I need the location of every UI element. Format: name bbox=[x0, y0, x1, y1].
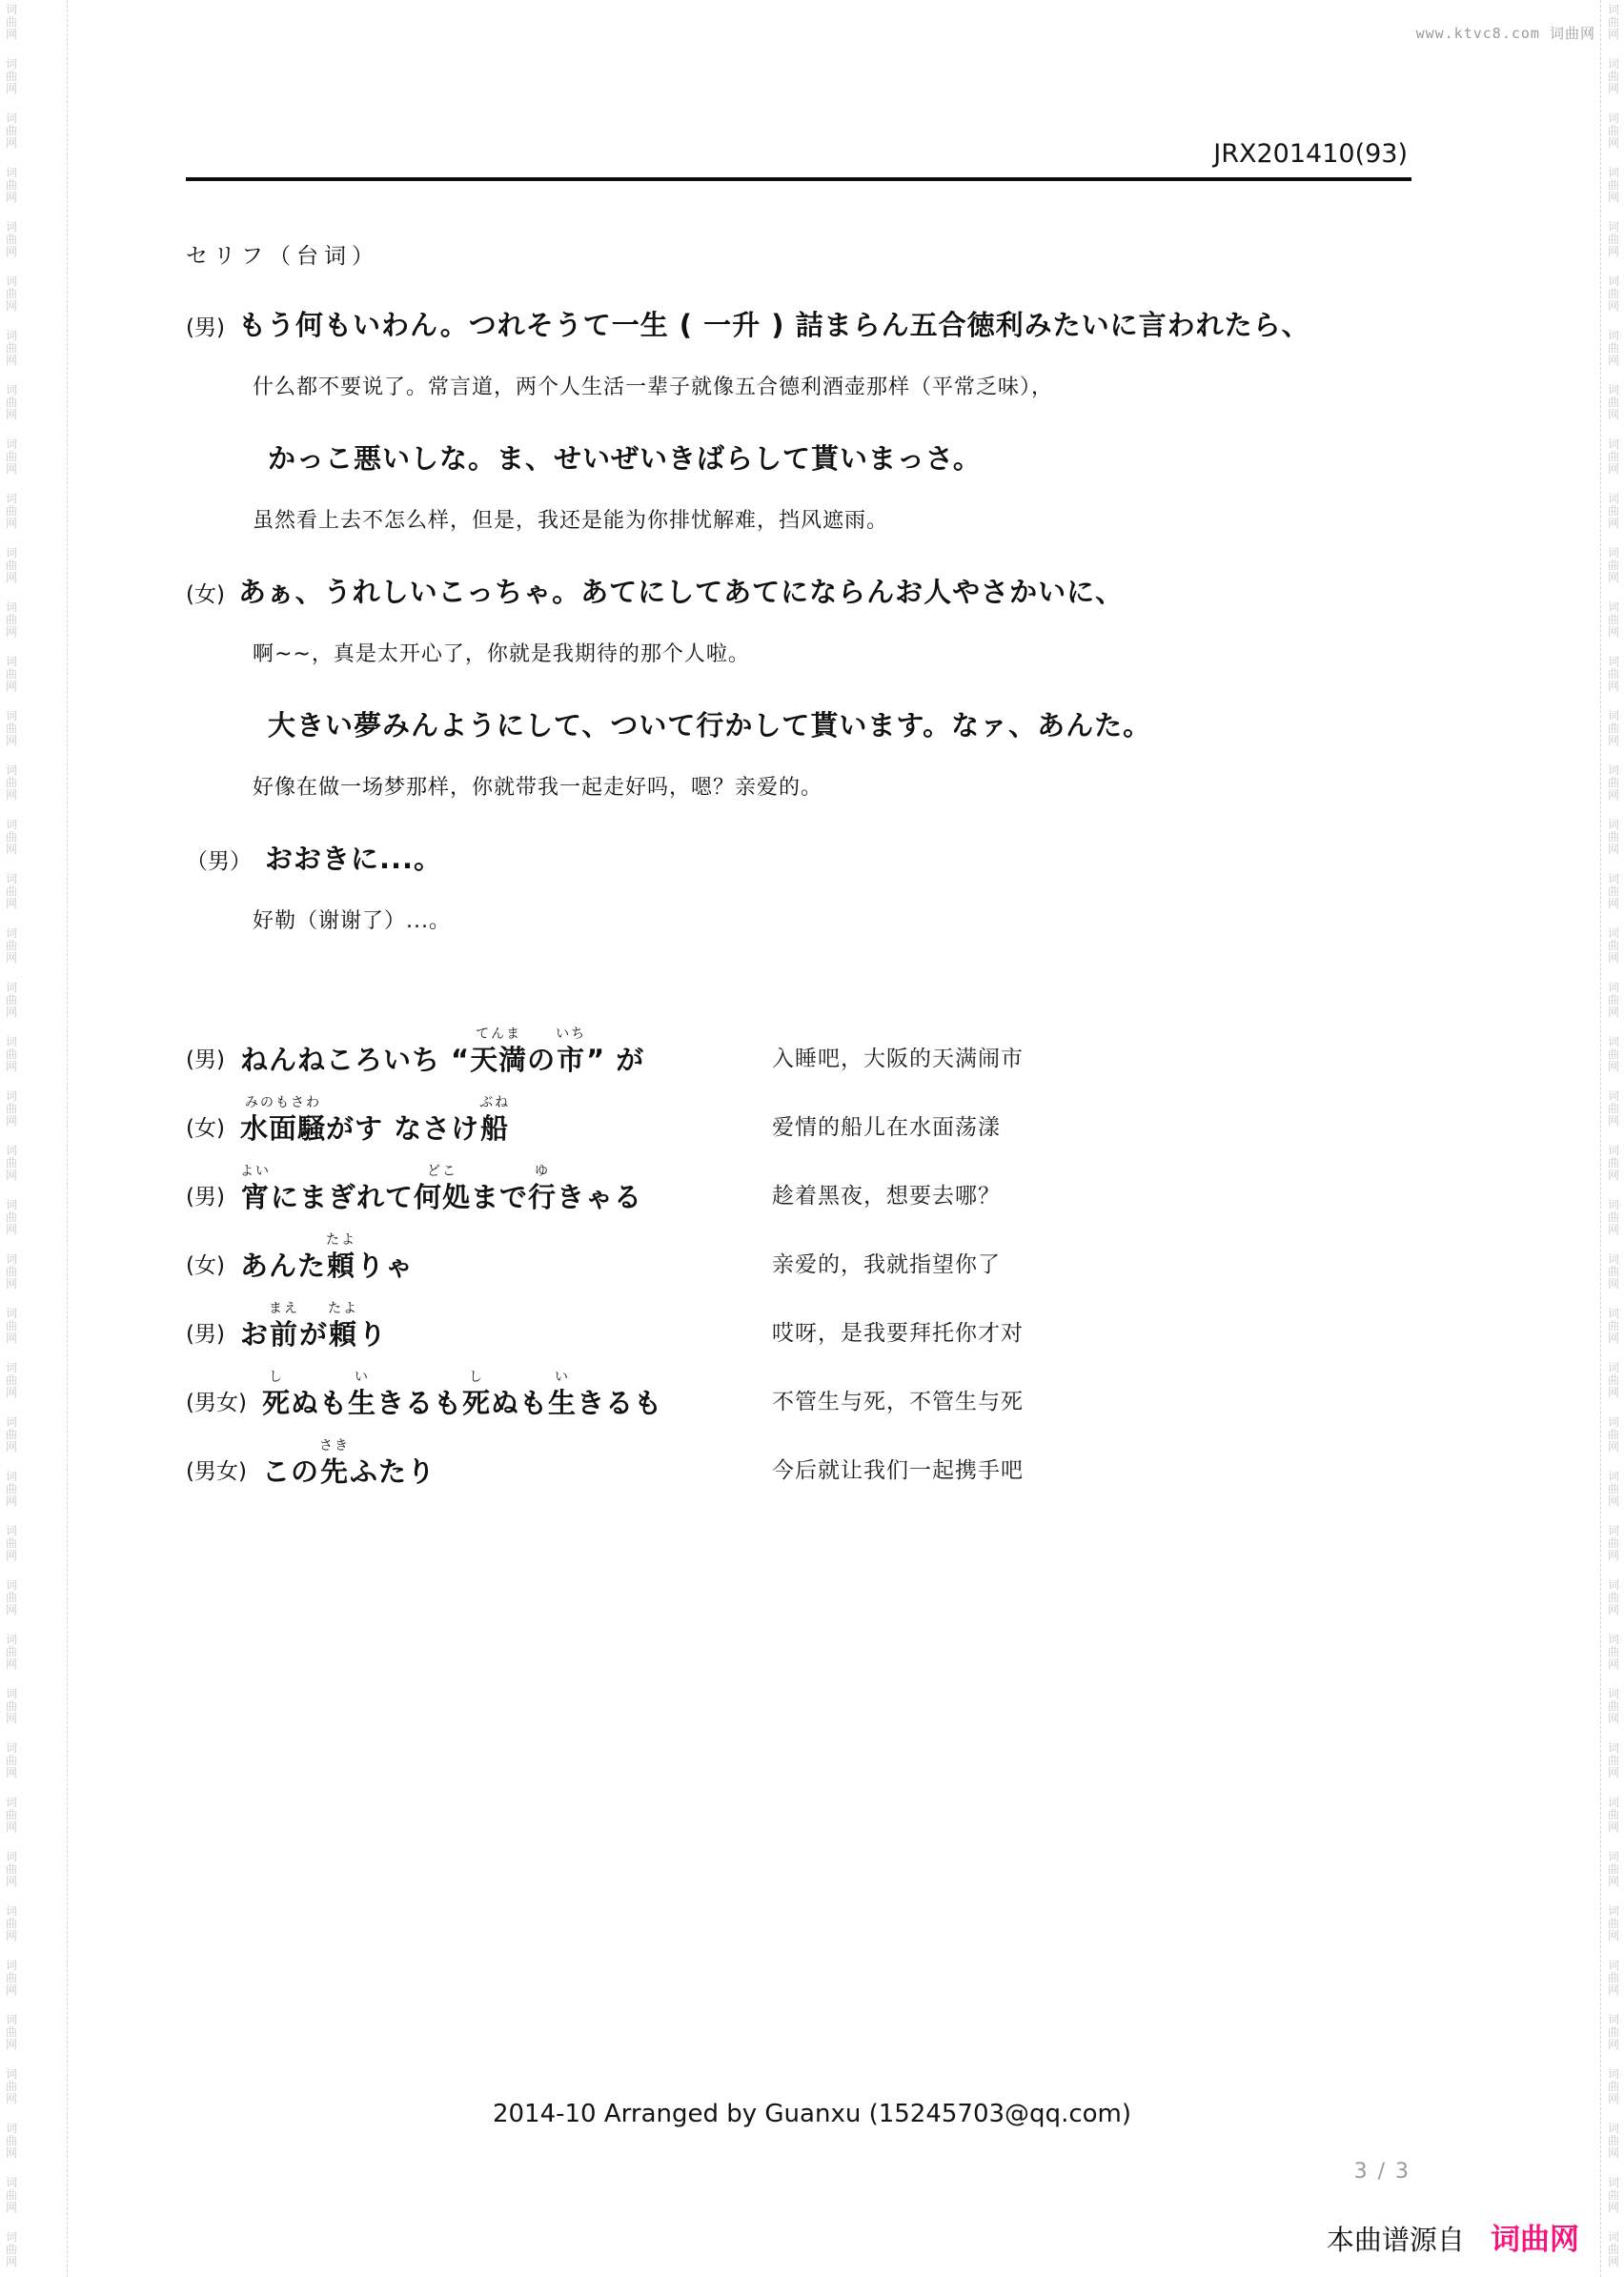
edge-watermark-group: 词曲网 bbox=[1606, 547, 1621, 584]
edge-watermark-char: 网 bbox=[1606, 1115, 1621, 1128]
edge-watermark-group: 词曲网 bbox=[1606, 2014, 1621, 2051]
lyric-base-text: ぬも bbox=[491, 1385, 548, 1421]
edge-watermark-char: 网 bbox=[4, 1332, 19, 1345]
edge-watermark-char: 网 bbox=[4, 1061, 19, 1073]
brand-name: 词曲网 bbox=[1491, 2223, 1579, 2257]
edge-watermark-char: 网 bbox=[1606, 898, 1621, 910]
dialogue-japanese-row: (男)もう何もいわん。つれそうて一生 ( 一升 ) 詰まらん五合徳利みたいに言わ… bbox=[186, 304, 1453, 371]
edge-watermark-char: 网 bbox=[1606, 1441, 1621, 1454]
edge-watermark-group: 词曲网 bbox=[4, 275, 19, 313]
score-page: 词曲网词曲网词曲网词曲网词曲网词曲网词曲网词曲网词曲网词曲网词曲网词曲网词曲网词… bbox=[0, 0, 1624, 2277]
dialogue-translation: 好像在做一场梦那样，你就带我一起走好吗，嗯？亲爱的。 bbox=[253, 776, 822, 800]
edge-watermark-char: 网 bbox=[4, 355, 19, 367]
source-note: 本曲谱源自 词曲网 bbox=[1327, 2215, 1579, 2258]
edge-watermark-char: 网 bbox=[4, 463, 19, 476]
edge-watermark-group: 词曲网 bbox=[4, 493, 19, 530]
edge-watermark-group: 词曲网 bbox=[1606, 1525, 1621, 1562]
lyric-japanese: (男)よい宵 にまぎれて どこ何処 までゆ行 きゃる bbox=[186, 1164, 642, 1215]
lyric-base-text: 市 bbox=[556, 1042, 586, 1078]
plain-segment: が bbox=[299, 1301, 328, 1352]
lyric-base-text: がす なさけ bbox=[326, 1110, 479, 1147]
plain-segment: お bbox=[240, 1301, 269, 1352]
lyric-japanese: (女) あんたたよ頼 りゃ bbox=[186, 1232, 414, 1284]
ruby-segment: い生 bbox=[348, 1370, 376, 1421]
lyric-base-text: ” が bbox=[586, 1042, 644, 1078]
edge-watermark-char: 网 bbox=[4, 1550, 19, 1562]
edge-watermark-group: 词曲网 bbox=[4, 2014, 19, 2051]
edge-watermark-group: 词曲网 bbox=[1606, 601, 1621, 639]
edge-watermark-char: 网 bbox=[4, 1006, 19, 1019]
lyric-base-text: あんた bbox=[240, 1248, 326, 1284]
plain-segment: きゃる bbox=[557, 1164, 642, 1215]
edge-watermark-group: 词曲网 bbox=[1606, 58, 1621, 95]
header-rule bbox=[186, 177, 1411, 181]
edge-watermark-char: 网 bbox=[4, 1930, 19, 1942]
furigana: たよ bbox=[326, 1232, 356, 1248]
edge-watermark-group: 词曲网 bbox=[1606, 1905, 1621, 1942]
edge-watermark-char: 网 bbox=[4, 1767, 19, 1779]
lyric-base-text: 頼 bbox=[328, 1316, 358, 1352]
plain-segment: きるも bbox=[376, 1370, 462, 1421]
edge-watermark-char: 网 bbox=[1606, 572, 1621, 584]
edge-watermark-group: 词曲网 bbox=[4, 1797, 19, 1834]
lyric-base-text: ぬも bbox=[291, 1385, 348, 1421]
dialogue-translation-row: 好勒（谢谢了）...。 bbox=[186, 905, 1453, 971]
dialogue-translation-row: 虽然看上去不怎么样，但是，我还是能为你排忧解难，挡风遮雨。 bbox=[186, 504, 1453, 571]
edge-watermark-group: 词曲网 bbox=[1606, 438, 1621, 476]
edge-watermark-group: 词曲网 bbox=[4, 547, 19, 584]
ruby-segment: し死 bbox=[462, 1370, 491, 1421]
edge-watermark-char: 网 bbox=[4, 137, 19, 150]
plain-segment: ぬも bbox=[291, 1370, 348, 1421]
lyric-row: (男女) このさき先 ふたり今后就让我们一起携手吧 bbox=[186, 1427, 1453, 1495]
furigana: まえ bbox=[269, 1301, 299, 1316]
edge-watermark-group: 词曲网 bbox=[4, 1199, 19, 1236]
ruby-segment: たよ頼 bbox=[328, 1301, 358, 1352]
edge-watermark-group: 词曲网 bbox=[4, 927, 19, 965]
lyric-japanese: (男女)し死 ぬもい生 きるも し死 ぬもい生 きるも bbox=[186, 1370, 662, 1421]
lyric-speaker-tag: (男) bbox=[186, 1316, 225, 1352]
edge-watermark-group: 词曲网 bbox=[4, 1036, 19, 1073]
furigana: いち bbox=[556, 1027, 586, 1042]
lyric-speaker-tag: (男女) bbox=[186, 1385, 247, 1421]
lyric-row: (男)よい宵 にまぎれて どこ何処 までゆ行 きゃる趁着黑夜，想要去哪？ bbox=[186, 1152, 1453, 1221]
furigana bbox=[291, 1370, 348, 1385]
edge-watermark-char: 网 bbox=[1606, 844, 1621, 856]
plain-segment: がす なさけ bbox=[326, 1095, 479, 1147]
ruby-segment: い生 bbox=[548, 1370, 577, 1421]
lyric-row: (女)みのもさわ水面騒 がす なさけぶね船爱情的船儿在水面荡漾 bbox=[186, 1084, 1453, 1152]
lyric-base-text: きゃる bbox=[557, 1179, 642, 1215]
edge-watermark-char: 网 bbox=[1606, 300, 1621, 313]
edge-watermark-char: 网 bbox=[1606, 409, 1621, 421]
dialogue-japanese-row: （男）おおきに...。 bbox=[186, 838, 1453, 905]
edge-watermark-group: 词曲网 bbox=[1606, 1688, 1621, 1725]
edge-watermark-group: 词曲网 bbox=[4, 384, 19, 421]
arranger-credit: 2014-10 Arranged by Guanxu (15245703@qq.… bbox=[0, 2100, 1624, 2128]
edge-watermark-char: 网 bbox=[1606, 789, 1621, 802]
edge-watermark-group: 词曲网 bbox=[4, 873, 19, 910]
dialogue-japanese: もう何もいわん。つれそうて一生 ( 一升 ) 詰まらん五合徳利みたいに言われたら… bbox=[238, 309, 1310, 341]
lyric-translation: 亲爱的，我就指望你了 bbox=[772, 1247, 1001, 1278]
edge-watermark-char: 网 bbox=[1606, 1495, 1621, 1508]
lyric-base-text: 先 bbox=[319, 1454, 350, 1490]
edge-watermark-char: 网 bbox=[1606, 1604, 1621, 1616]
plain-segment: あんた bbox=[240, 1232, 326, 1284]
dialogue-japanese: あぁ、うれしいこっちゃ。あてにしてあてにならんお人やさかいに、 bbox=[238, 576, 1124, 608]
lyric-base-text: ふたり bbox=[350, 1454, 436, 1490]
lyric-row: (男) ねんねころいち “てんま天満 のいち市 ” が入睡吧，大阪的天满闹市 bbox=[186, 1015, 1453, 1084]
edge-watermark-char: 网 bbox=[1606, 29, 1621, 41]
edge-watermark-char: 网 bbox=[4, 1984, 19, 1997]
edge-watermark-group: 词曲网 bbox=[4, 1145, 19, 1182]
edge-watermark-group: 词曲网 bbox=[4, 1579, 19, 1616]
lyric-japanese: (女)みのもさわ水面騒 がす なさけぶね船 bbox=[186, 1095, 510, 1147]
edge-watermark-group: 词曲网 bbox=[1606, 167, 1621, 204]
ruby-segment: さき先 bbox=[319, 1438, 350, 1490]
edge-watermark-group: 词曲网 bbox=[1606, 221, 1621, 258]
edge-watermark-group: 词曲网 bbox=[4, 1634, 19, 1671]
edge-watermark-char: 网 bbox=[4, 1713, 19, 1725]
edge-watermark-group: 词曲网 bbox=[4, 1253, 19, 1291]
edge-watermark-char: 网 bbox=[4, 1658, 19, 1671]
lyric-base-text: にまぎれて bbox=[271, 1179, 414, 1215]
speaker-tag: （男） bbox=[186, 849, 252, 874]
edge-watermark-group: 词曲网 bbox=[1606, 1851, 1621, 1888]
edge-watermark-char: 网 bbox=[4, 1495, 19, 1508]
furigana bbox=[527, 1027, 556, 1042]
lyric-base-text: お bbox=[240, 1316, 269, 1352]
plain-segment: ふたり bbox=[350, 1438, 436, 1490]
lyric-base-text: 前 bbox=[269, 1316, 299, 1352]
furigana: い bbox=[548, 1370, 577, 1385]
dialogue-japanese-row: かっこ悪いしな。ま、せいぜいきばらして貰いまっさ。 bbox=[186, 437, 1453, 504]
lyric-speaker-tag: (男) bbox=[186, 1179, 225, 1215]
edge-watermark-group: 词曲网 bbox=[1606, 819, 1621, 856]
edge-watermark-group: 词曲网 bbox=[1606, 1145, 1621, 1182]
edge-watermark-group: 词曲网 bbox=[1606, 2231, 1621, 2268]
furigana bbox=[240, 1232, 326, 1248]
lyric-base-text: きるも bbox=[376, 1385, 462, 1421]
document-code: JRX201410(93) bbox=[1213, 139, 1408, 169]
edge-watermark-group: 词曲网 bbox=[4, 982, 19, 1019]
speaker-tag: (女) bbox=[186, 582, 225, 607]
dialogue-japanese-row: (女)あぁ、うれしいこっちゃ。あてにしてあてにならんお人やさかいに、 bbox=[186, 571, 1453, 638]
edge-watermark-char: 网 bbox=[4, 2256, 19, 2268]
furigana bbox=[471, 1164, 528, 1179]
lyric-translation: 不管生与死，不管生与死 bbox=[772, 1384, 1024, 1415]
furigana: よい bbox=[240, 1164, 271, 1179]
edge-watermark-group: 词曲网 bbox=[1606, 1471, 1621, 1508]
furigana bbox=[577, 1370, 662, 1385]
plain-segment: りゃ bbox=[356, 1232, 414, 1284]
lyric-base-text: 生 bbox=[548, 1385, 577, 1421]
furigana: たよ bbox=[328, 1301, 358, 1316]
edge-watermark-char: 网 bbox=[1606, 952, 1621, 965]
edge-watermark-group: 词曲网 bbox=[1606, 330, 1621, 367]
lyric-base-text: まで bbox=[471, 1179, 528, 1215]
lyric-japanese: (男) おまえ前 がたよ頼 り bbox=[186, 1301, 387, 1352]
lyric-base-text: 行 bbox=[528, 1179, 557, 1215]
dialogue-translation-row: 啊~~，真是太开心了，你就是我期待的那个人啦。 bbox=[186, 638, 1453, 704]
speaker-tag: (男) bbox=[186, 315, 225, 340]
dialogue-section: (男)もう何もいわん。つれそうて一生 ( 一升 ) 詰まらん五合徳利みたいに言わ… bbox=[186, 304, 1453, 971]
edge-watermark-group: 词曲网 bbox=[4, 1416, 19, 1454]
furigana bbox=[557, 1164, 642, 1179]
lyric-row: (男) おまえ前 がたよ頼 り哎呀，是我要拜托你才对 bbox=[186, 1290, 1453, 1358]
lyric-speaker-tag: (男) bbox=[186, 1042, 225, 1078]
edge-watermark-char: 网 bbox=[4, 1604, 19, 1616]
edge-watermark-char: 网 bbox=[4, 844, 19, 856]
lyric-speaker-tag: (男女) bbox=[186, 1454, 247, 1490]
edge-watermark-group: 词曲网 bbox=[1606, 1634, 1621, 1671]
furigana bbox=[240, 1301, 269, 1316]
source-prefix: 本曲谱源自 bbox=[1327, 2224, 1465, 2256]
edge-watermark-group: 词曲网 bbox=[1606, 1090, 1621, 1128]
edge-watermark-group: 词曲网 bbox=[1606, 4, 1621, 41]
edge-watermark-char: 网 bbox=[1606, 518, 1621, 530]
edge-watermark-group: 词曲网 bbox=[4, 58, 19, 95]
edge-watermark-char: 网 bbox=[4, 1821, 19, 1834]
dialogue-translation: 什么都不要说了。常言道，两个人生活一辈子就像五合德利酒壶那样（平常乏味）， bbox=[253, 376, 1053, 399]
edge-watermark-group: 词曲网 bbox=[4, 710, 19, 747]
edge-watermark-char: 网 bbox=[1606, 1387, 1621, 1399]
lyric-base-text: りゃ bbox=[356, 1248, 414, 1284]
furigana: どこ bbox=[414, 1164, 471, 1179]
edge-watermark-char: 网 bbox=[4, 898, 19, 910]
dialogue-translation-row: 好像在做一场梦那样，你就带我一起走好吗，嗯？亲爱的。 bbox=[186, 771, 1453, 838]
edge-watermark-char: 网 bbox=[1606, 355, 1621, 367]
edge-watermark-group: 词曲网 bbox=[1606, 275, 1621, 313]
furigana: さき bbox=[319, 1438, 350, 1454]
lyric-japanese: (男女) このさき先 ふたり bbox=[186, 1438, 436, 1490]
lyric-base-text: 宵 bbox=[240, 1179, 271, 1215]
page-number: 3 / 3 bbox=[1354, 2160, 1411, 2184]
edge-watermark-group: 词曲网 bbox=[4, 112, 19, 150]
left-edge-watermark: 词曲网词曲网词曲网词曲网词曲网词曲网词曲网词曲网词曲网词曲网词曲网词曲网词曲网词… bbox=[4, 4, 19, 2277]
dialogue-japanese: 大きい夢みんようにして、ついて行かして貰います。なァ、あんた。 bbox=[268, 709, 1151, 742]
edge-watermark-char: 网 bbox=[4, 1876, 19, 1888]
edge-watermark-group: 词曲网 bbox=[1606, 1960, 1621, 1997]
furigana: い bbox=[348, 1370, 376, 1385]
lyric-base-text: 頼 bbox=[326, 1248, 356, 1284]
plain-segment: この bbox=[262, 1438, 319, 1490]
edge-watermark-group: 词曲网 bbox=[1606, 764, 1621, 802]
edge-watermark-group: 词曲网 bbox=[4, 1905, 19, 1942]
dialogue-translation-row: 什么都不要说了。常言道，两个人生活一辈子就像五合德利酒壶那样（平常乏味）， bbox=[186, 371, 1453, 437]
lyric-base-text: 船 bbox=[479, 1110, 510, 1147]
lyric-base-text: り bbox=[358, 1316, 387, 1352]
edge-watermark-char: 网 bbox=[4, 246, 19, 258]
edge-watermark-char: 网 bbox=[4, 2147, 19, 2160]
edge-watermark-group: 词曲网 bbox=[4, 764, 19, 802]
edge-watermark-char: 网 bbox=[1606, 681, 1621, 693]
plain-segment: の bbox=[527, 1027, 556, 1078]
edge-watermark-group: 词曲网 bbox=[1606, 1416, 1621, 1454]
edge-watermark-char: 网 bbox=[1606, 246, 1621, 258]
edge-watermark-group: 词曲网 bbox=[1606, 1036, 1621, 1073]
lyric-japanese: (男) ねんねころいち “てんま天満 のいち市 ” が bbox=[186, 1027, 644, 1078]
furigana: ぶね bbox=[479, 1095, 510, 1110]
lyric-base-text: 死 bbox=[262, 1385, 291, 1421]
edge-watermark-char: 网 bbox=[1606, 1278, 1621, 1291]
plain-segment: きるも bbox=[577, 1370, 662, 1421]
lyric-base-text: の bbox=[527, 1042, 556, 1078]
edge-watermark-char: 网 bbox=[4, 681, 19, 693]
edge-watermark-group: 词曲网 bbox=[4, 2177, 19, 2214]
edge-watermark-char: 网 bbox=[4, 735, 19, 747]
dialogue-japanese: かっこ悪いしな。ま、せいぜいきばらして貰いまっさ。 bbox=[268, 442, 982, 475]
lyric-translation: 今后就让我们一起携手吧 bbox=[772, 1453, 1024, 1484]
lyric-translation: 爱情的船儿在水面荡漾 bbox=[772, 1109, 1001, 1141]
edge-watermark-char: 网 bbox=[1606, 2202, 1621, 2214]
edge-watermark-group: 词曲网 bbox=[4, 330, 19, 367]
plain-segment: ” が bbox=[586, 1027, 644, 1078]
edge-watermark-char: 网 bbox=[1606, 192, 1621, 204]
edge-watermark-group: 词曲网 bbox=[1606, 873, 1621, 910]
plain-segment: ぬも bbox=[491, 1370, 548, 1421]
ruby-segment: みのもさわ水面騒 bbox=[240, 1095, 326, 1147]
edge-watermark-group: 词曲网 bbox=[1606, 2177, 1621, 2214]
edge-watermark-char: 网 bbox=[1606, 1930, 1621, 1942]
edge-watermark-char: 网 bbox=[1606, 1332, 1621, 1345]
edge-watermark-group: 词曲网 bbox=[4, 167, 19, 204]
dialogue-translation: 啊~~，真是太开心了，你就是我期待的那个人啦。 bbox=[253, 642, 750, 666]
edge-watermark-group: 词曲网 bbox=[4, 656, 19, 693]
edge-watermark-group: 词曲网 bbox=[1606, 112, 1621, 150]
edge-watermark-char: 网 bbox=[1606, 1550, 1621, 1562]
lyric-base-text: ねんねころいち “ bbox=[240, 1042, 470, 1078]
edge-watermark-char: 网 bbox=[1606, 1224, 1621, 1236]
edge-watermark-char: 网 bbox=[4, 192, 19, 204]
edge-watermark-group: 词曲网 bbox=[4, 1308, 19, 1345]
furigana: てんま bbox=[470, 1027, 527, 1042]
edge-watermark-group: 词曲网 bbox=[1606, 1579, 1621, 1616]
edge-watermark-group: 词曲网 bbox=[1606, 1253, 1621, 1291]
edge-watermark-char: 网 bbox=[1606, 1984, 1621, 1997]
furigana bbox=[262, 1438, 319, 1454]
edge-watermark-char: 网 bbox=[4, 1387, 19, 1399]
left-edge-divider bbox=[67, 0, 68, 2277]
edge-watermark-char: 网 bbox=[4, 1169, 19, 1182]
dialogue-translation: 好勒（谢谢了）...。 bbox=[253, 909, 451, 933]
furigana: し bbox=[462, 1370, 491, 1385]
edge-watermark-group: 词曲网 bbox=[1606, 710, 1621, 747]
ruby-segment: てんま天満 bbox=[470, 1027, 527, 1078]
edge-watermark-char: 网 bbox=[4, 83, 19, 95]
edge-watermark-group: 词曲网 bbox=[4, 438, 19, 476]
edge-watermark-char: 网 bbox=[4, 518, 19, 530]
ruby-segment: よい宵 bbox=[240, 1164, 271, 1215]
lyric-base-text: 死 bbox=[462, 1385, 491, 1421]
lyric-row: (男女)し死 ぬもい生 きるも し死 ぬもい生 きるも不管生与死，不管生与死 bbox=[186, 1358, 1453, 1427]
edge-watermark-char: 网 bbox=[1606, 2147, 1621, 2160]
furigana bbox=[356, 1232, 414, 1248]
edge-watermark-char: 网 bbox=[1606, 463, 1621, 476]
edge-watermark-group: 词曲网 bbox=[4, 221, 19, 258]
edge-watermark-char: 网 bbox=[1606, 1713, 1621, 1725]
furigana bbox=[376, 1370, 462, 1385]
edge-watermark-char: 网 bbox=[1606, 2256, 1621, 2268]
edge-watermark-group: 词曲网 bbox=[4, 1525, 19, 1562]
edge-watermark-char: 网 bbox=[4, 789, 19, 802]
lyric-base-text: 何処 bbox=[414, 1179, 471, 1215]
edge-watermark-group: 词曲网 bbox=[4, 1960, 19, 1997]
lyrics-section: (男) ねんねころいち “てんま天満 のいち市 ” が入睡吧，大阪的天满闹市(女… bbox=[186, 1015, 1453, 1495]
edge-watermark-group: 词曲网 bbox=[4, 1688, 19, 1725]
edge-watermark-char: 网 bbox=[1606, 1821, 1621, 1834]
ruby-segment: たよ頼 bbox=[326, 1232, 356, 1284]
edge-watermark-char: 网 bbox=[4, 300, 19, 313]
edge-watermark-group: 词曲网 bbox=[4, 1090, 19, 1128]
ruby-segment: まえ前 bbox=[269, 1301, 299, 1352]
edge-watermark-group: 词曲网 bbox=[4, 2231, 19, 2268]
edge-watermark-group: 词曲网 bbox=[4, 4, 19, 41]
furigana bbox=[491, 1370, 548, 1385]
plain-segment: ねんねころいち “ bbox=[240, 1027, 470, 1078]
edge-watermark-group: 词曲网 bbox=[1606, 1797, 1621, 1834]
plain-segment: にまぎれて bbox=[271, 1164, 414, 1215]
edge-watermark-char: 网 bbox=[4, 2039, 19, 2051]
edge-watermark-group: 词曲网 bbox=[4, 1362, 19, 1399]
furigana bbox=[240, 1027, 470, 1042]
furigana bbox=[358, 1301, 387, 1316]
lyric-base-text: 水面騒 bbox=[240, 1110, 326, 1147]
edge-watermark-char: 网 bbox=[4, 1441, 19, 1454]
ruby-segment: ぶね船 bbox=[479, 1095, 510, 1147]
edge-watermark-char: 网 bbox=[4, 1115, 19, 1128]
lyric-base-text: 天満 bbox=[470, 1042, 527, 1078]
furigana: みのもさわ bbox=[240, 1095, 326, 1110]
edge-watermark-char: 网 bbox=[4, 1278, 19, 1291]
lyric-translation: 入睡吧，大阪的天满闹市 bbox=[772, 1041, 1024, 1072]
edge-watermark-group: 词曲网 bbox=[1606, 927, 1621, 965]
edge-watermark-char: 网 bbox=[4, 29, 19, 41]
lyric-base-text: この bbox=[262, 1454, 319, 1490]
edge-watermark-char: 网 bbox=[1606, 1876, 1621, 1888]
edge-watermark-char: 网 bbox=[4, 626, 19, 639]
edge-watermark-group: 词曲网 bbox=[1606, 1362, 1621, 1399]
edge-watermark-char: 网 bbox=[1606, 735, 1621, 747]
edge-watermark-group: 词曲网 bbox=[1606, 1199, 1621, 1236]
edge-watermark-char: 网 bbox=[4, 572, 19, 584]
furigana bbox=[299, 1301, 328, 1316]
furigana: し bbox=[262, 1370, 291, 1385]
ruby-segment: ゆ行 bbox=[528, 1164, 557, 1215]
edge-watermark-char: 网 bbox=[1606, 1767, 1621, 1779]
furigana bbox=[326, 1095, 479, 1110]
plain-segment: り bbox=[358, 1301, 387, 1352]
edge-watermark-char: 网 bbox=[4, 409, 19, 421]
site-watermark: www.ktvc8.com 词曲网 bbox=[1416, 23, 1595, 43]
right-edge-divider bbox=[1600, 0, 1601, 2277]
edge-watermark-group: 词曲网 bbox=[1606, 384, 1621, 421]
edge-watermark-char: 网 bbox=[4, 2202, 19, 2214]
furigana bbox=[271, 1164, 414, 1179]
edge-watermark-group: 词曲网 bbox=[1606, 656, 1621, 693]
lyric-base-text: 生 bbox=[348, 1385, 376, 1421]
edge-watermark-group: 词曲网 bbox=[1606, 982, 1621, 1019]
edge-watermark-char: 网 bbox=[1606, 137, 1621, 150]
furigana: ゆ bbox=[528, 1164, 557, 1179]
furigana bbox=[350, 1438, 436, 1454]
dialogue-translation: 虽然看上去不怎么样，但是，我还是能为你排忧解难，挡风遮雨。 bbox=[253, 509, 888, 533]
lyric-speaker-tag: (女) bbox=[186, 1248, 225, 1284]
edge-watermark-char: 网 bbox=[1606, 1169, 1621, 1182]
lyrics-sheet-content: セリフ（台词） (男)もう何もいわん。つれそうて一生 ( 一升 ) 詰まらん五合… bbox=[186, 243, 1453, 1495]
edge-watermark-char: 网 bbox=[1606, 626, 1621, 639]
right-edge-watermark: 词曲网词曲网词曲网词曲网词曲网词曲网词曲网词曲网词曲网词曲网词曲网词曲网词曲网词… bbox=[1606, 4, 1621, 2277]
